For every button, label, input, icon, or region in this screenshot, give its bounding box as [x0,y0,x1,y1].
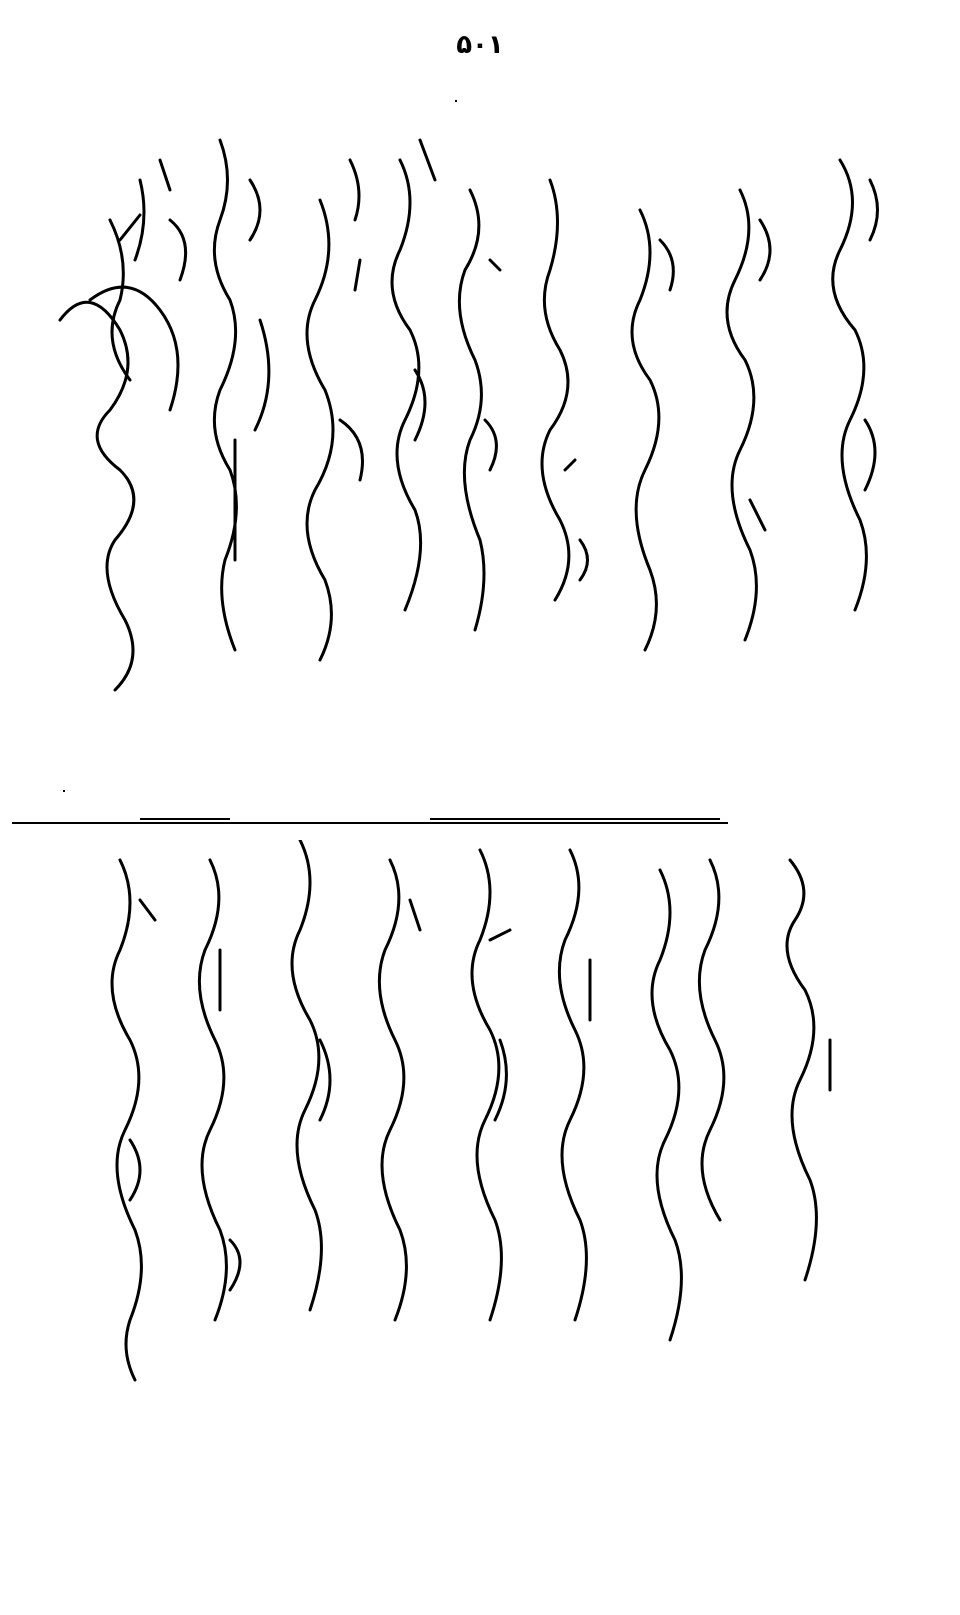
page-number: ۵۰۱ [0,30,960,60]
upper-handwriting-block [20,120,910,720]
horizontal-divider [12,822,728,824]
handwriting-strokes [20,120,910,720]
speck [63,790,65,792]
lower-handwriting-block [90,840,890,1440]
divider-fragment [430,818,720,820]
divider-fragment [140,818,230,820]
handwriting-strokes [90,840,890,1440]
speck [455,100,457,102]
